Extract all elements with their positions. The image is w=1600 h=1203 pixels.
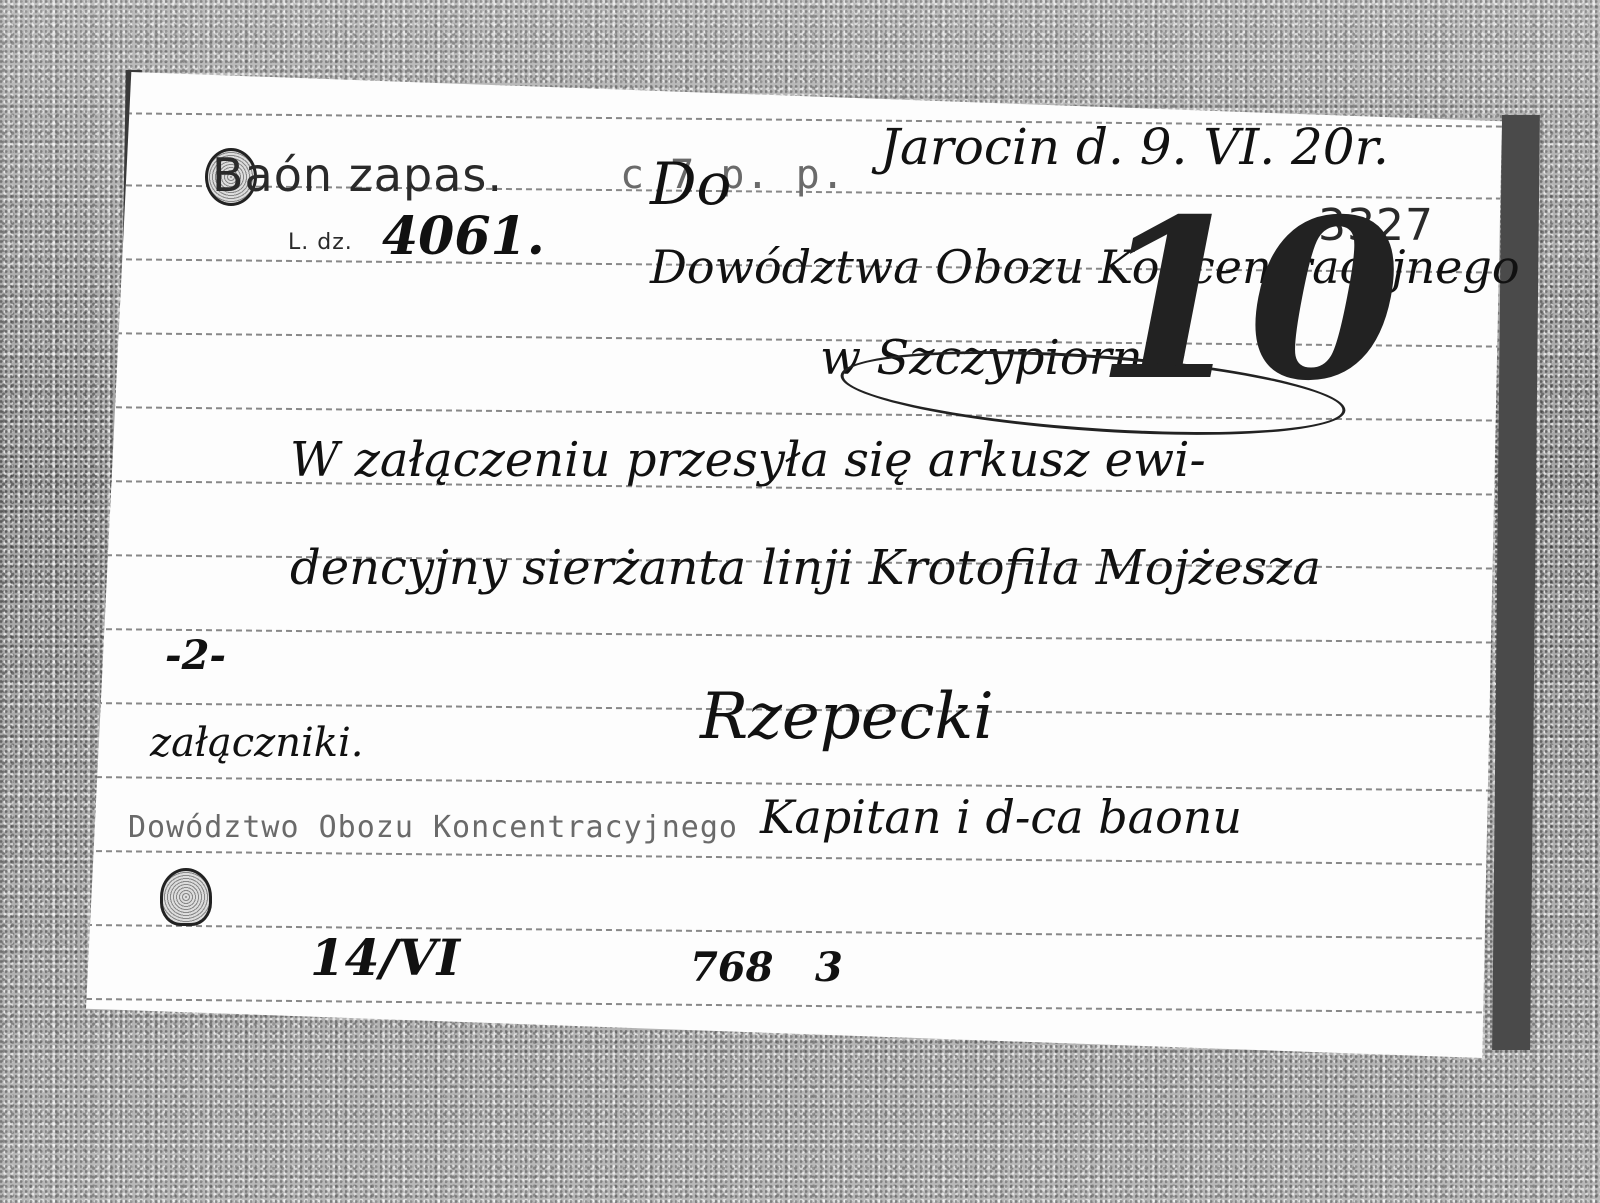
receipt-stamp-text: Dowództwo Obozu Koncentracyjnego bbox=[128, 810, 738, 845]
body-line-2: dencyjny sierżanta linji Krotofila Mojże… bbox=[290, 540, 1321, 596]
addressee-prefix: Do bbox=[650, 150, 731, 218]
signature-title: Kapitan i d-ca baonu bbox=[760, 790, 1242, 844]
ruled-line bbox=[86, 628, 1502, 644]
receipt-page: 3 bbox=[815, 944, 843, 991]
journal-label: L. dz. bbox=[288, 230, 353, 255]
receipt-number: 768 bbox=[690, 944, 774, 991]
ruled-line bbox=[86, 998, 1502, 1014]
body-line-1: W załączeniu przesyła się arkusz ewi- bbox=[290, 432, 1206, 488]
place-date: Jarocin d. 9. VI. 20r. bbox=[880, 118, 1389, 176]
receipt-date: 14/VI bbox=[310, 928, 460, 987]
ruled-line bbox=[86, 850, 1502, 866]
signature-name: Rzepecki bbox=[700, 680, 994, 754]
attachment-label: załączniki. bbox=[150, 720, 364, 766]
attachment-count: -2- bbox=[165, 632, 226, 679]
unit-stamp: Baón zapas. bbox=[212, 148, 503, 202]
receipt-seal bbox=[160, 868, 212, 926]
ruled-line bbox=[86, 924, 1502, 940]
journal-number: 4061. bbox=[382, 206, 545, 267]
